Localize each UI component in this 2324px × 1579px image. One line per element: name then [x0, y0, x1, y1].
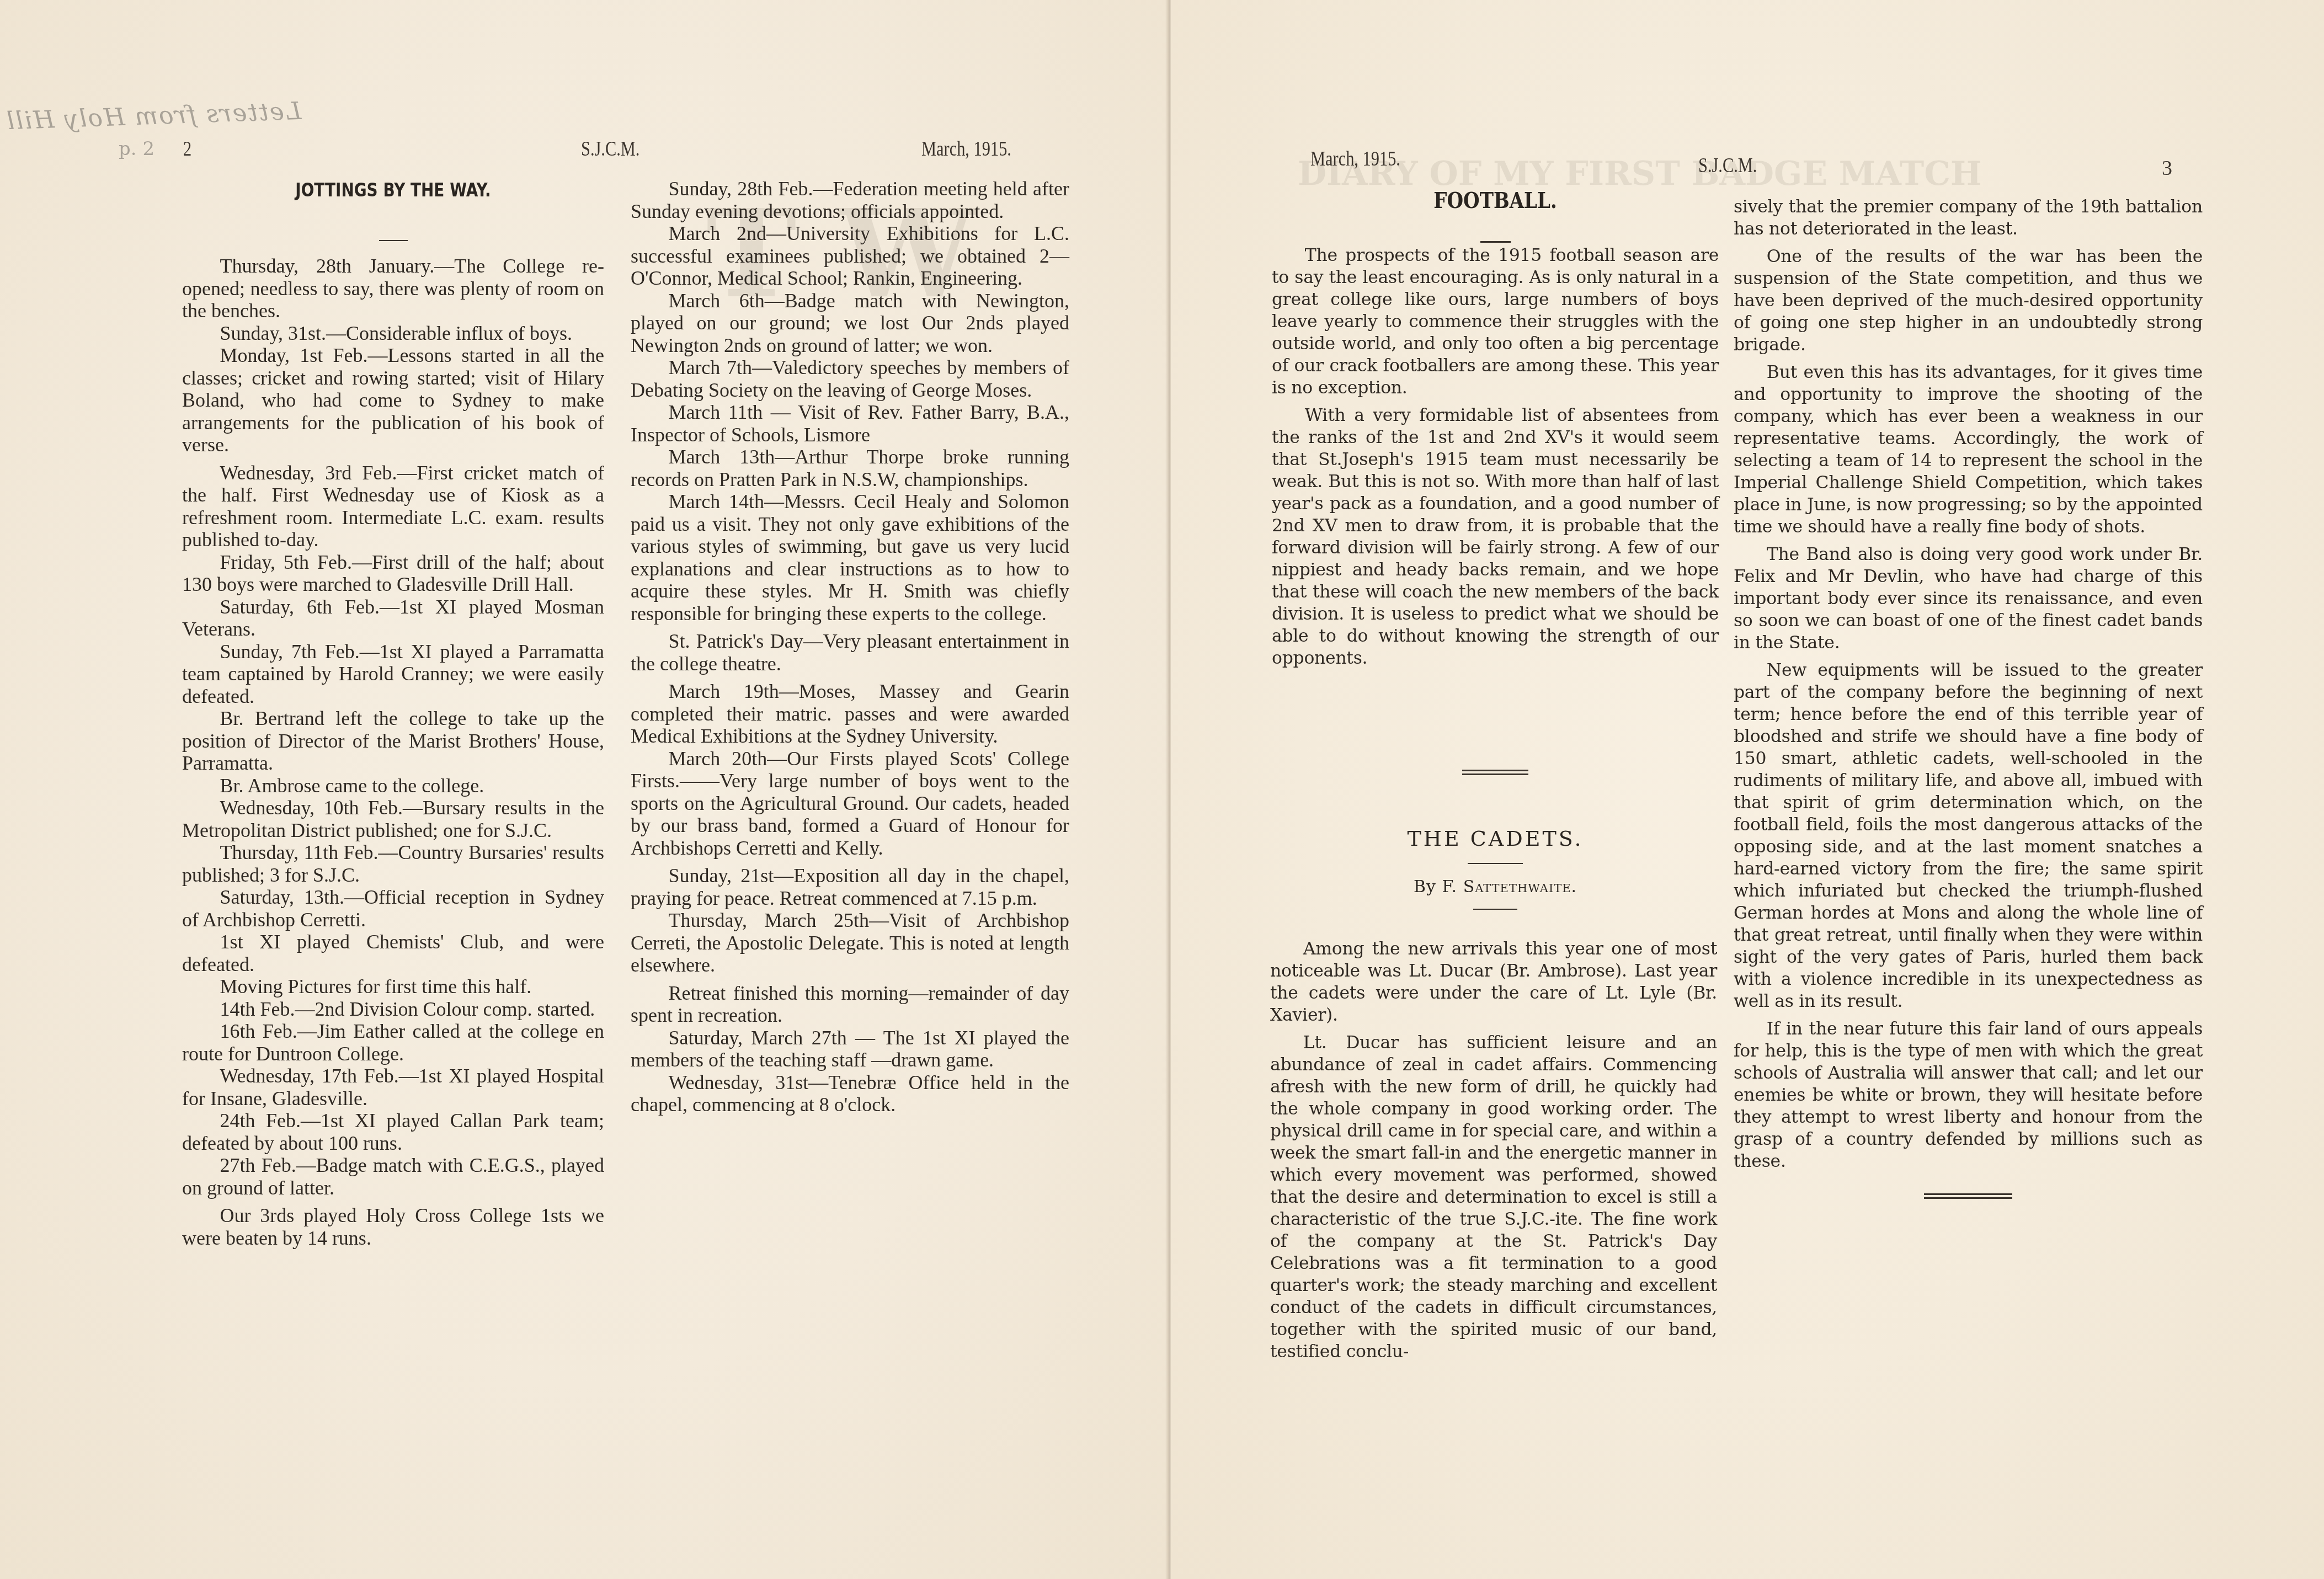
entry: 27th Feb.—Badge match with C.E.G.S., pla…: [182, 1154, 604, 1199]
end-divider: [1924, 1193, 2012, 1195]
running-header-date: March, 1915.: [1310, 148, 1400, 170]
entry: 24th Feb.—1st XI played Callan Park team…: [182, 1109, 604, 1154]
entry: Thursday, 11th Feb.—Country Bursaries' r…: [182, 841, 604, 886]
entry: March 14th—Messrs. Cecil Healy and Solom…: [631, 490, 1069, 625]
entry: Br. Ambrose came to the college.: [182, 775, 604, 797]
cadets-title: THE CADETS.: [1272, 826, 1719, 851]
entry: Saturday, 13th.—Official reception in Sy…: [182, 886, 604, 931]
page-number: 3: [2162, 157, 2172, 179]
paragraph: One of the results of the war has been t…: [1734, 246, 2203, 356]
entry: Sunday, 28th Feb.—Federation meeting hel…: [631, 178, 1069, 222]
left-page: T W Letters from Holy Hill p. 2 2 S.J.C.…: [0, 0, 1169, 1579]
football-title: FOOTBALL.: [1305, 188, 1686, 214]
entry: March 7th—Valedictory speeches by member…: [631, 356, 1069, 401]
entry: Thursday, March 25th—Visit of Archbishop…: [631, 909, 1069, 977]
paragraph: But even this has its advantages, for it…: [1734, 361, 2203, 538]
entry: March 2nd—University Exhibitions for L.C…: [631, 222, 1069, 290]
pencil-margin-note: Letters from Holy Hill: [5, 97, 302, 136]
paragraph: With a very formidable list of absentees…: [1272, 404, 1719, 669]
cadets-heading-block: THE CADETS. By F. Sattethwaite.: [1272, 770, 1719, 910]
entry: Br. Bertrand left the college to take up…: [182, 707, 604, 775]
entry: St. Patrick's Day—Very pleasant entertai…: [631, 630, 1069, 675]
byline: By F. Sattethwaite.: [1272, 877, 1719, 897]
entry: March 13th—Arthur Thorpe broke running r…: [631, 446, 1069, 490]
football-body: The prospects of the 1915 football seaso…: [1272, 244, 1719, 669]
entry: Our 3rds played Holy Cross College 1sts …: [182, 1204, 604, 1249]
entry: Retreat finished this morning—remainder …: [631, 982, 1069, 1027]
page-number: 2: [183, 138, 191, 160]
entry: Wednesday, 10th Feb.—Bursary results in …: [182, 797, 604, 841]
magazine-spread: T W Letters from Holy Hill p. 2 2 S.J.C.…: [0, 0, 2324, 1579]
entry: Wednesday, 31st—Tenebræ Office held in t…: [631, 1071, 1069, 1116]
entry: Sunday, 21st—Exposition all day in the c…: [631, 865, 1069, 909]
entry: Monday, 1st Feb.—Lessons started in all …: [182, 344, 604, 456]
author-name: Sattethwaite.: [1463, 877, 1577, 897]
running-header-date: March, 1915.: [921, 138, 1011, 160]
cadets-column-2: sively that the premier company of the 1…: [1734, 196, 2203, 1195]
right-page: DIARY OF MY FIRST BADGE MATCH March, 191…: [1171, 0, 2324, 1579]
entry: March 19th—Moses, Massey and Gearin comp…: [631, 680, 1069, 748]
entry: Moving Pictures for first time this half…: [182, 975, 604, 998]
entry: Wednesday, 17th Feb.—1st XI played Hospi…: [182, 1065, 604, 1109]
paragraph: The Band also is doing very good work un…: [1734, 543, 2203, 654]
section-divider: [1462, 770, 1528, 771]
entry: 1st XI played Chemists' Club, and were d…: [182, 931, 604, 975]
entry: Wednesday, 3rd Feb.—First cricket match …: [182, 462, 604, 551]
entry: March 20th—Our Firsts played Scots' Coll…: [631, 748, 1069, 860]
football-heading-block: FOOTBALL.: [1272, 188, 1719, 243]
paragraph: The prospects of the 1915 football seaso…: [1272, 244, 1719, 399]
title-rule: [1480, 241, 1511, 243]
entry: Saturday, March 27th — The 1st XI played…: [631, 1027, 1069, 1071]
entry: 14th Feb.—2nd Division Colour comp. star…: [182, 998, 604, 1021]
paragraph: New equipments will be issued to the gre…: [1734, 659, 2203, 1012]
entry: Sunday, 7th Feb.—1st XI played a Parrama…: [182, 641, 604, 708]
article-title: JOTTINGS BY THE WAY.: [220, 179, 566, 201]
running-header-publication: S.J.C.M.: [1698, 154, 1757, 177]
paragraph-continuation: sively that the premier company of the 1…: [1734, 196, 2203, 240]
entry: Thursday, 28th January.—The College re-o…: [182, 255, 604, 322]
pencil-page-note: p. 2: [119, 138, 154, 160]
byline-rule: [1473, 909, 1517, 910]
paragraph: Among the new arrivals this year one of …: [1270, 938, 1717, 1026]
title-rule: [379, 240, 408, 241]
jottings-column-1: Thursday, 28th January.—The College re-o…: [182, 255, 604, 1249]
paragraph: If in the near future this fair land of …: [1734, 1018, 2203, 1172]
running-header-publication: S.J.C.M.: [581, 138, 639, 160]
title-rule: [1468, 863, 1523, 864]
paragraph: Lt. Ducar has sufficient leisure and an …: [1270, 1032, 1717, 1363]
cadets-column-1: Among the new arrivals this year one of …: [1270, 938, 1717, 1363]
jottings-heading-block: JOTTINGS BY THE WAY.: [182, 179, 604, 241]
entry: Sunday, 31st.—Considerable influx of boy…: [182, 322, 604, 345]
jottings-column-2: Sunday, 28th Feb.—Federation meeting hel…: [631, 178, 1069, 1116]
entry: March 6th—Badge match with Newington, pl…: [631, 290, 1069, 357]
entry: Saturday, 6th Feb.—1st XI played Mosman …: [182, 596, 604, 641]
entry: Friday, 5th Feb.—First drill of the half…: [182, 551, 604, 596]
entry: 16th Feb.—Jim Eather called at the colle…: [182, 1020, 604, 1065]
entry: March 11th — Visit of Rev. Father Barry,…: [631, 401, 1069, 446]
